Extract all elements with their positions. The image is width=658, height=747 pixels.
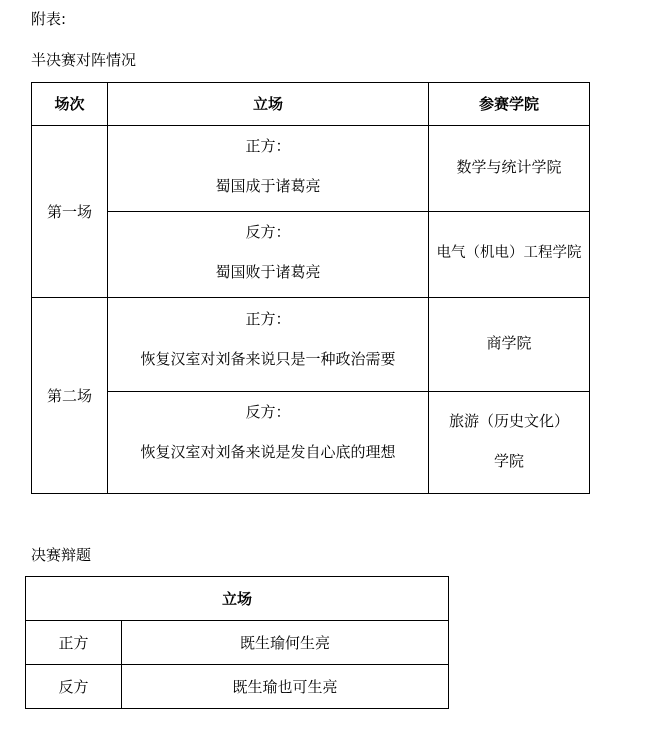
position-cell: 反方： 蜀国败于诸葛亮 <box>108 212 428 297</box>
side-label: 正方 <box>58 634 88 652</box>
position-cell: 正方： 蜀国成于诸葛亮 <box>108 126 428 211</box>
round-cell: 第二场 <box>32 298 107 493</box>
college-name: 商学院 <box>486 334 531 352</box>
header-college-label: 参赛学院 <box>479 95 539 113</box>
final-header-label: 立场 <box>222 590 252 608</box>
college-cell: 数学与统计学院 <box>429 126 589 211</box>
header-round: 场次 <box>32 83 107 125</box>
college-name: 数学与统计学院 <box>456 158 561 176</box>
final-title: 决赛辩题 <box>31 546 91 564</box>
college-name-line2: 学院 <box>494 452 524 470</box>
motion-text: 既生瑜也可生亮 <box>232 678 337 696</box>
side-label: 反方： <box>245 223 290 241</box>
college-cell: 电气（机电）工程学院 <box>429 212 589 297</box>
motion-text: 既生瑜何生亮 <box>240 634 330 652</box>
appendix-label: 附表: <box>31 10 66 28</box>
header-college: 参赛学院 <box>429 83 589 125</box>
header-position-label: 立场 <box>253 95 283 113</box>
final-side-cell: 正方 <box>26 621 121 664</box>
table-border <box>25 708 449 709</box>
position-cell: 正方： 恢复汉室对刘备来说只是一种政治需要 <box>108 298 428 391</box>
final-header: 立场 <box>26 577 448 620</box>
final-motion-cell: 既生瑜何生亮 <box>122 621 448 664</box>
side-label: 反方： <box>245 403 290 421</box>
motion-text: 蜀国败于诸葛亮 <box>215 263 320 281</box>
motion-text: 恢复汉室对刘备来说只是一种政治需要 <box>140 350 395 368</box>
header-position: 立场 <box>108 83 428 125</box>
header-round-label: 场次 <box>54 95 84 113</box>
table-border <box>31 493 590 494</box>
college-cell: 旅游（历史文化） 学院 <box>429 392 589 493</box>
final-motion-cell: 既生瑜也可生亮 <box>122 665 448 708</box>
final-side-cell: 反方 <box>26 665 121 708</box>
college-cell: 商学院 <box>429 298 589 391</box>
round-label: 第一场 <box>47 203 92 221</box>
round-label: 第二场 <box>47 387 92 405</box>
motion-text: 恢复汉室对刘备来说是发自心底的理想 <box>140 443 395 461</box>
side-label: 反方 <box>58 678 88 696</box>
round-cell: 第一场 <box>32 126 107 297</box>
college-name-line1: 旅游（历史文化） <box>449 412 569 430</box>
semifinal-title: 半决赛对阵情况 <box>31 51 136 69</box>
motion-text: 蜀国成于诸葛亮 <box>215 177 320 195</box>
position-cell: 反方： 恢复汉室对刘备来说是发自心底的理想 <box>108 392 428 493</box>
table-border <box>589 82 590 494</box>
side-label: 正方： <box>245 310 290 328</box>
college-name: 电气（机电）工程学院 <box>437 244 582 262</box>
side-label: 正方： <box>245 137 290 155</box>
table-border <box>448 576 449 709</box>
